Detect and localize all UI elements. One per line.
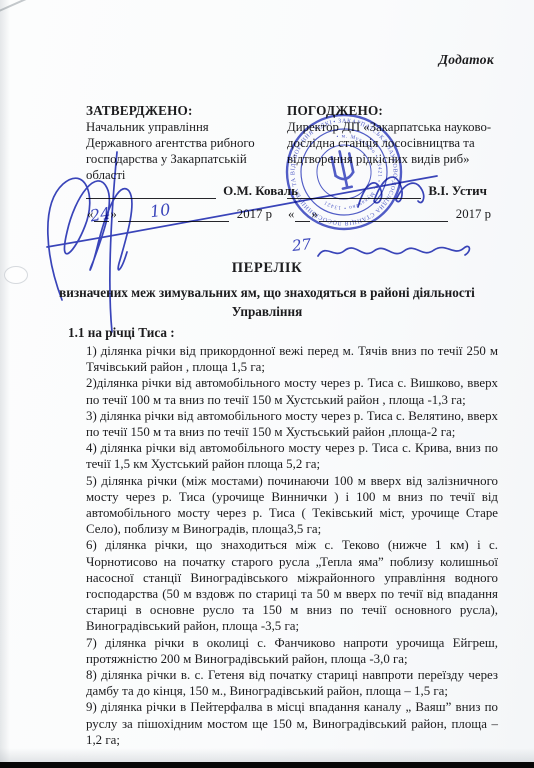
approved-year: 2017 р	[237, 207, 272, 222]
signature-line	[86, 184, 216, 199]
handwritten-day-left: 24	[89, 204, 112, 226]
agreed-year: 2017 р	[456, 207, 491, 222]
approved-line: області	[86, 167, 288, 183]
tryzub-emblem	[331, 150, 356, 190]
right-date-cursive	[318, 246, 469, 256]
approved-block: ЗАТВЕРДЖЕНО: Начальник управління Держав…	[86, 103, 288, 183]
stamp-inner-text: • м. Мукачево • 13421 • м. Мукачево • 13…	[309, 126, 390, 215]
scan-edge-shadow	[0, 0, 10, 768]
approved-signature-row: О.М. Коваль	[86, 183, 298, 199]
list-item: 5) ділянка річки (між мостами) починаючи…	[86, 473, 498, 538]
scan-bottom-shadow	[0, 748, 534, 762]
list-item: 6) ділянка річки, що знаходиться між с. …	[86, 537, 498, 634]
list-item: 4) ділянка річки від автомобільного мост…	[86, 440, 498, 472]
document-title: ПЕРЕЛІК	[0, 260, 534, 277]
agreed-signer-name: В.І. Устич	[428, 183, 487, 199]
wintering-pits-list: 1) ділянка річки від прикордонної вежі п…	[86, 343, 498, 748]
list-item: 8) ділянка річки в. с. Гетеня від початк…	[86, 667, 498, 699]
approved-line: Державного агентства рибного	[86, 135, 288, 151]
approved-line: Начальник управління	[86, 119, 288, 135]
annex-label: Додаток	[439, 52, 494, 68]
round-stamp: • ЗАКАРПАТСЬКА НАУКОВО-ДОСЛІДНА СТАНЦІЯ …	[270, 98, 417, 245]
scan-edge-bar	[0, 762, 534, 768]
document-subtitle-line1: визначених меж зимувальних ям, що знаход…	[30, 285, 504, 301]
approved-line: господарства у Закарпатській	[86, 151, 288, 167]
list-item: 3) ділянка річки від автомобільного мост…	[86, 408, 498, 440]
list-item: 2)ділянка річки від автомобільного мосту…	[86, 375, 498, 407]
list-item: 7) ділянка річки в околиці с. Фанчиково …	[86, 635, 498, 667]
list-item: 1) ділянка річки від прикордонної вежі п…	[86, 343, 498, 375]
approved-heading: ЗАТВЕРДЖЕНО:	[86, 103, 288, 119]
handwritten-month-left: 10	[149, 200, 172, 221]
list-item: 9) ділянка річки в Пейтерфалва в місці в…	[86, 699, 498, 748]
month-blank-line	[118, 207, 229, 222]
svg-text:• м. Мукачево • 13421 • м. Мук: • м. Мукачево • 13421 • м. Мукачево • 13…	[309, 126, 390, 215]
scanned-document-page: Додаток ЗАТВЕРДЖЕНО: Начальник управлінн…	[0, 0, 534, 768]
section-heading: 1.1 на річці Тиса :	[68, 325, 175, 341]
approved-date-row: « » 2017 р	[86, 207, 272, 222]
document-subtitle-line2: Управління	[30, 304, 504, 320]
